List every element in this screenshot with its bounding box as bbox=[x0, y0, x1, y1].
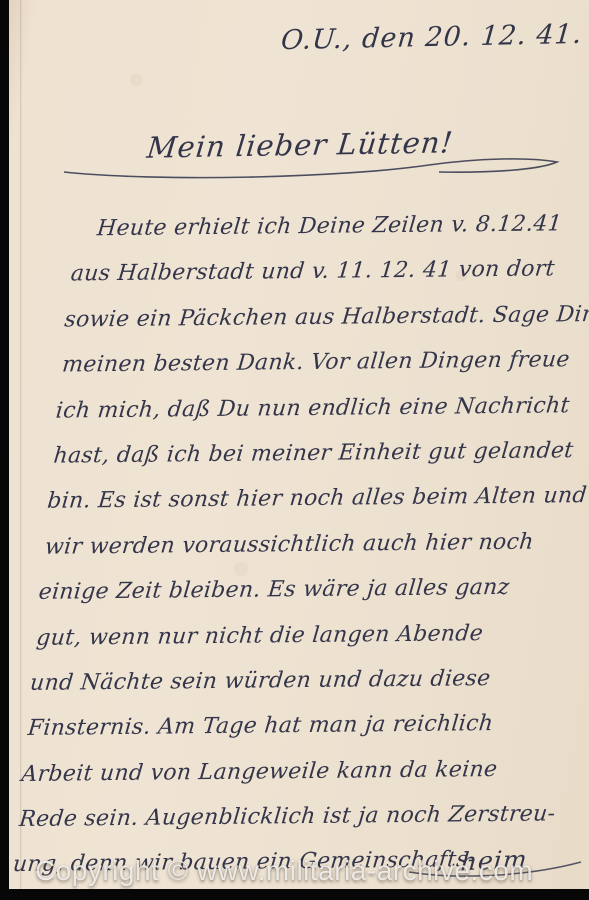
handwriting-line: sowie ein Päckchen aus Halberstadt. Sage… bbox=[62, 292, 589, 343]
handwriting-line: Finsternis. Am Tage hat man ja reichlich bbox=[26, 701, 558, 752]
letter-page: O.U., den 20. 12. 41. Mein lieber Lütten… bbox=[9, 0, 589, 889]
letter-salutation: Mein lieber Lütten! bbox=[145, 125, 455, 164]
handwriting-line: meinen besten Dank. Vor allen Dingen fre… bbox=[60, 337, 589, 388]
handwriting-line: Arbeit und von Langeweile kann da keine bbox=[19, 746, 551, 797]
letter-dateline: O.U., den 20. 12. 41. bbox=[280, 19, 584, 56]
handwriting-line: einige Zeit bleiben. Es wäre ja alles ga… bbox=[37, 564, 569, 615]
handwriting-line: gut, wenn nur nicht die langen Abende bbox=[34, 610, 566, 661]
copyright-watermark: Copyright © www.militaria-archive.com bbox=[35, 855, 533, 887]
letter-scan: O.U., den 20. 12. 41. Mein lieber Lütten… bbox=[0, 0, 589, 900]
handwriting-line: hast, daß ich bei meiner Einheit gut gel… bbox=[51, 428, 583, 479]
handwriting-line: wir werden voraussichtlich auch hier noc… bbox=[43, 519, 575, 570]
handwriting-line: aus Halberstadt und v. 11. 12. 41 von do… bbox=[69, 246, 589, 297]
handwriting-line: Heute erhielt ich Deine Zeilen v. 8.12.4… bbox=[71, 201, 589, 252]
handwriting-line: Rede sein. Augenblicklich ist ja noch Ze… bbox=[17, 792, 549, 843]
handwriting-line: bin. Es ist sonst hier noch alles beim A… bbox=[45, 474, 577, 525]
letter-body: Heute erhielt ich Deine Zeilen v. 8.12.4… bbox=[11, 201, 589, 888]
handwriting-line: ich mich, daß Du nun endlich eine Nachri… bbox=[54, 383, 586, 434]
handwriting-line: und Nächte sein würden und dazu diese bbox=[28, 655, 560, 706]
